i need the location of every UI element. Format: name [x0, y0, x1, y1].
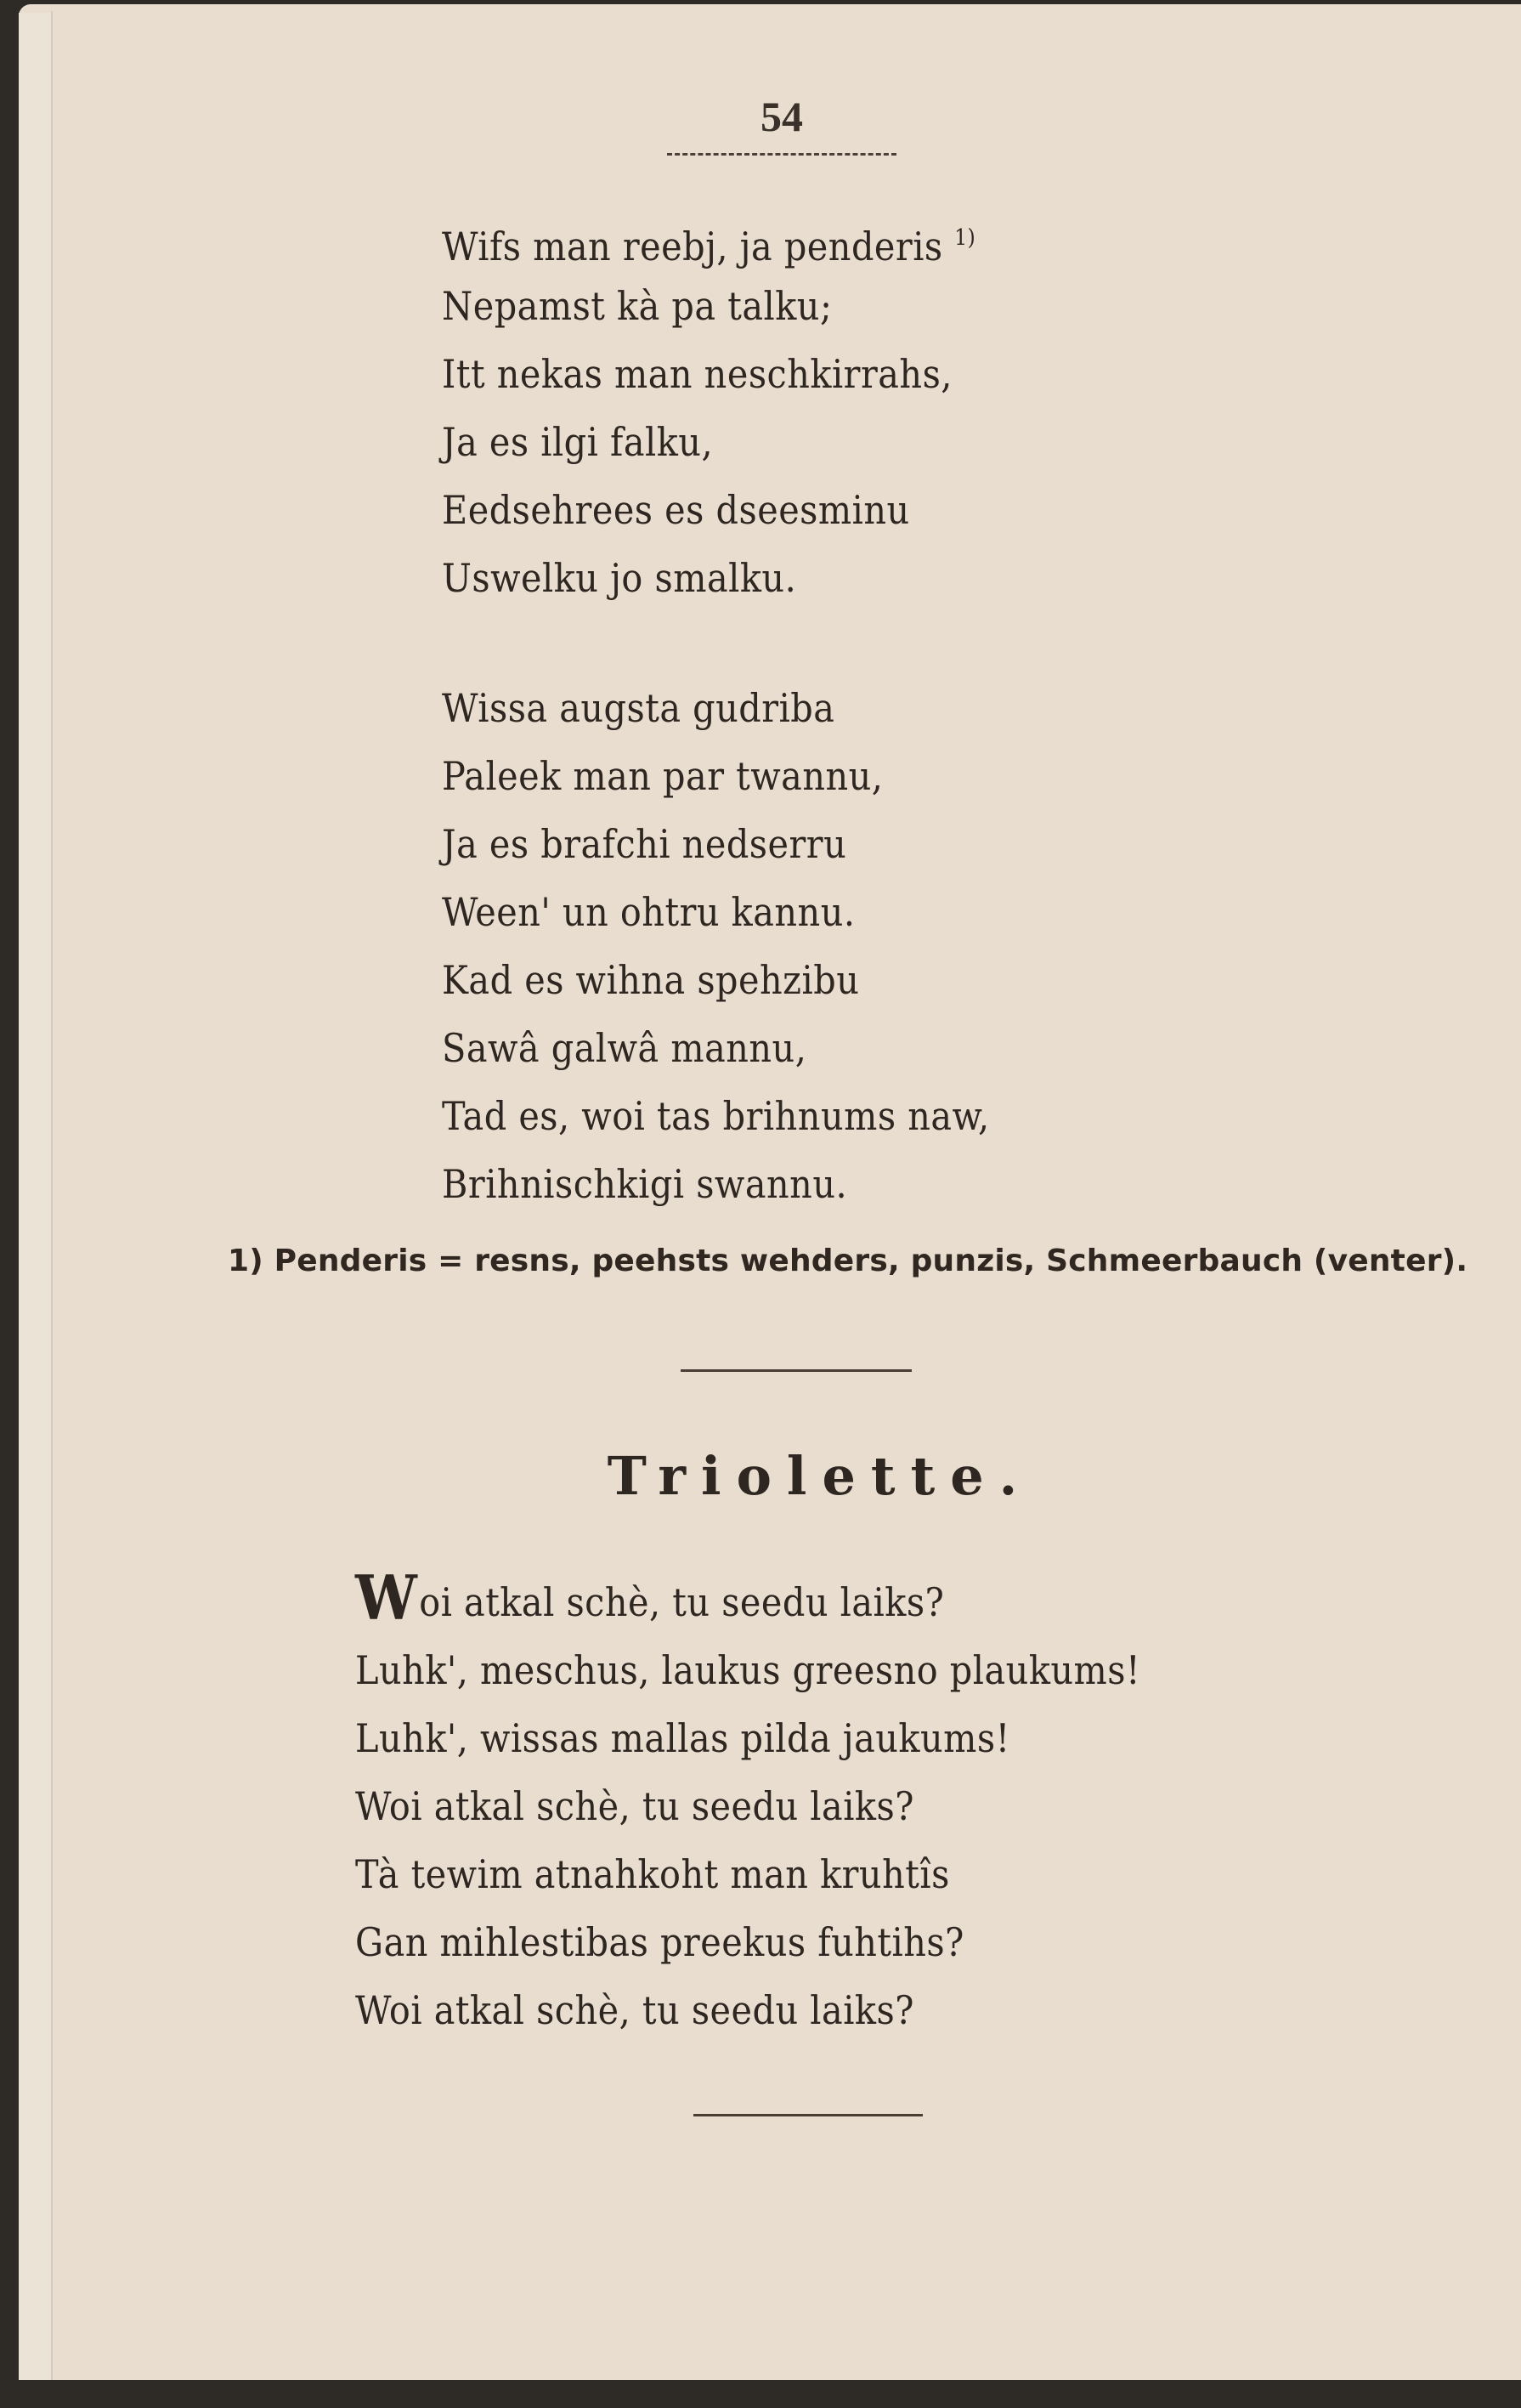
verse-line: Paleek man par twannu,: [442, 742, 990, 810]
poem-title: Triolette.: [510, 1445, 1130, 1507]
verse-line: Brihnischkigi swannu.: [442, 1150, 990, 1218]
page-fold-line: [51, 11, 53, 2380]
page-number: 54: [746, 92, 817, 141]
end-divider: [693, 2114, 923, 2116]
verse-line: Itt nekas man neschkirrahs,: [442, 340, 975, 408]
verse-line: Uswelku jo smalku.: [442, 544, 975, 612]
verse-line: Gan mihlestibas preekus fuhtihs?: [355, 1908, 1140, 1976]
verse-line: Eedsehrees es dseesminu: [442, 476, 975, 544]
verse-line: Wifs man reebj, ja penderis 1): [442, 204, 975, 272]
poem-stanza-2: Wissa augsta gudriba Paleek man par twan…: [442, 674, 990, 1218]
page-inner-margin: [19, 13, 51, 2380]
section-divider: [681, 1369, 912, 1372]
footnote-marker: 1): [954, 225, 975, 251]
verse-line: Kad es wihna spehzibu: [442, 946, 990, 1014]
header-rule: [667, 153, 896, 156]
verse-line: Woi atkal schè, tu seedu laiks?: [355, 1568, 1140, 1636]
footnote: 1) Penderis = resns, peehsts wehders, pu…: [228, 1244, 1467, 1278]
verse-line: Luhk', meschus, laukus greesno plaukums!: [355, 1636, 1140, 1704]
verse-line: Wissa augsta gudriba: [442, 674, 990, 742]
verse-line: Woi atkal schè, tu seedu laiks?: [355, 1976, 1140, 2044]
verse-line: Ween' un ohtru kannu.: [442, 878, 990, 946]
drop-cap: W: [355, 1561, 417, 1634]
triolet-poem: Woi atkal schè, tu seedu laiks? Luhk', m…: [355, 1568, 1140, 2044]
verse-line: Sawâ galwâ mannu,: [442, 1014, 990, 1082]
verse-line: Ja es brafchi nedserru: [442, 810, 990, 878]
verse-line: Tà tewim atnahkoht man kruhtîs: [355, 1840, 1140, 1908]
verse-line: Tad es, woi tas brihnums naw,: [442, 1082, 990, 1150]
poem-stanza-1: Wifs man reebj, ja penderis 1) Nepamst k…: [442, 204, 975, 612]
verse-line: Woi atkal schè, tu seedu laiks?: [355, 1772, 1140, 1840]
verse-line: Nepamst kà pa talku;: [442, 272, 975, 340]
verse-line: Luhk', wissas mallas pilda jaukums!: [355, 1704, 1140, 1772]
verse-line: Ja es ilgi falku,: [442, 408, 975, 476]
